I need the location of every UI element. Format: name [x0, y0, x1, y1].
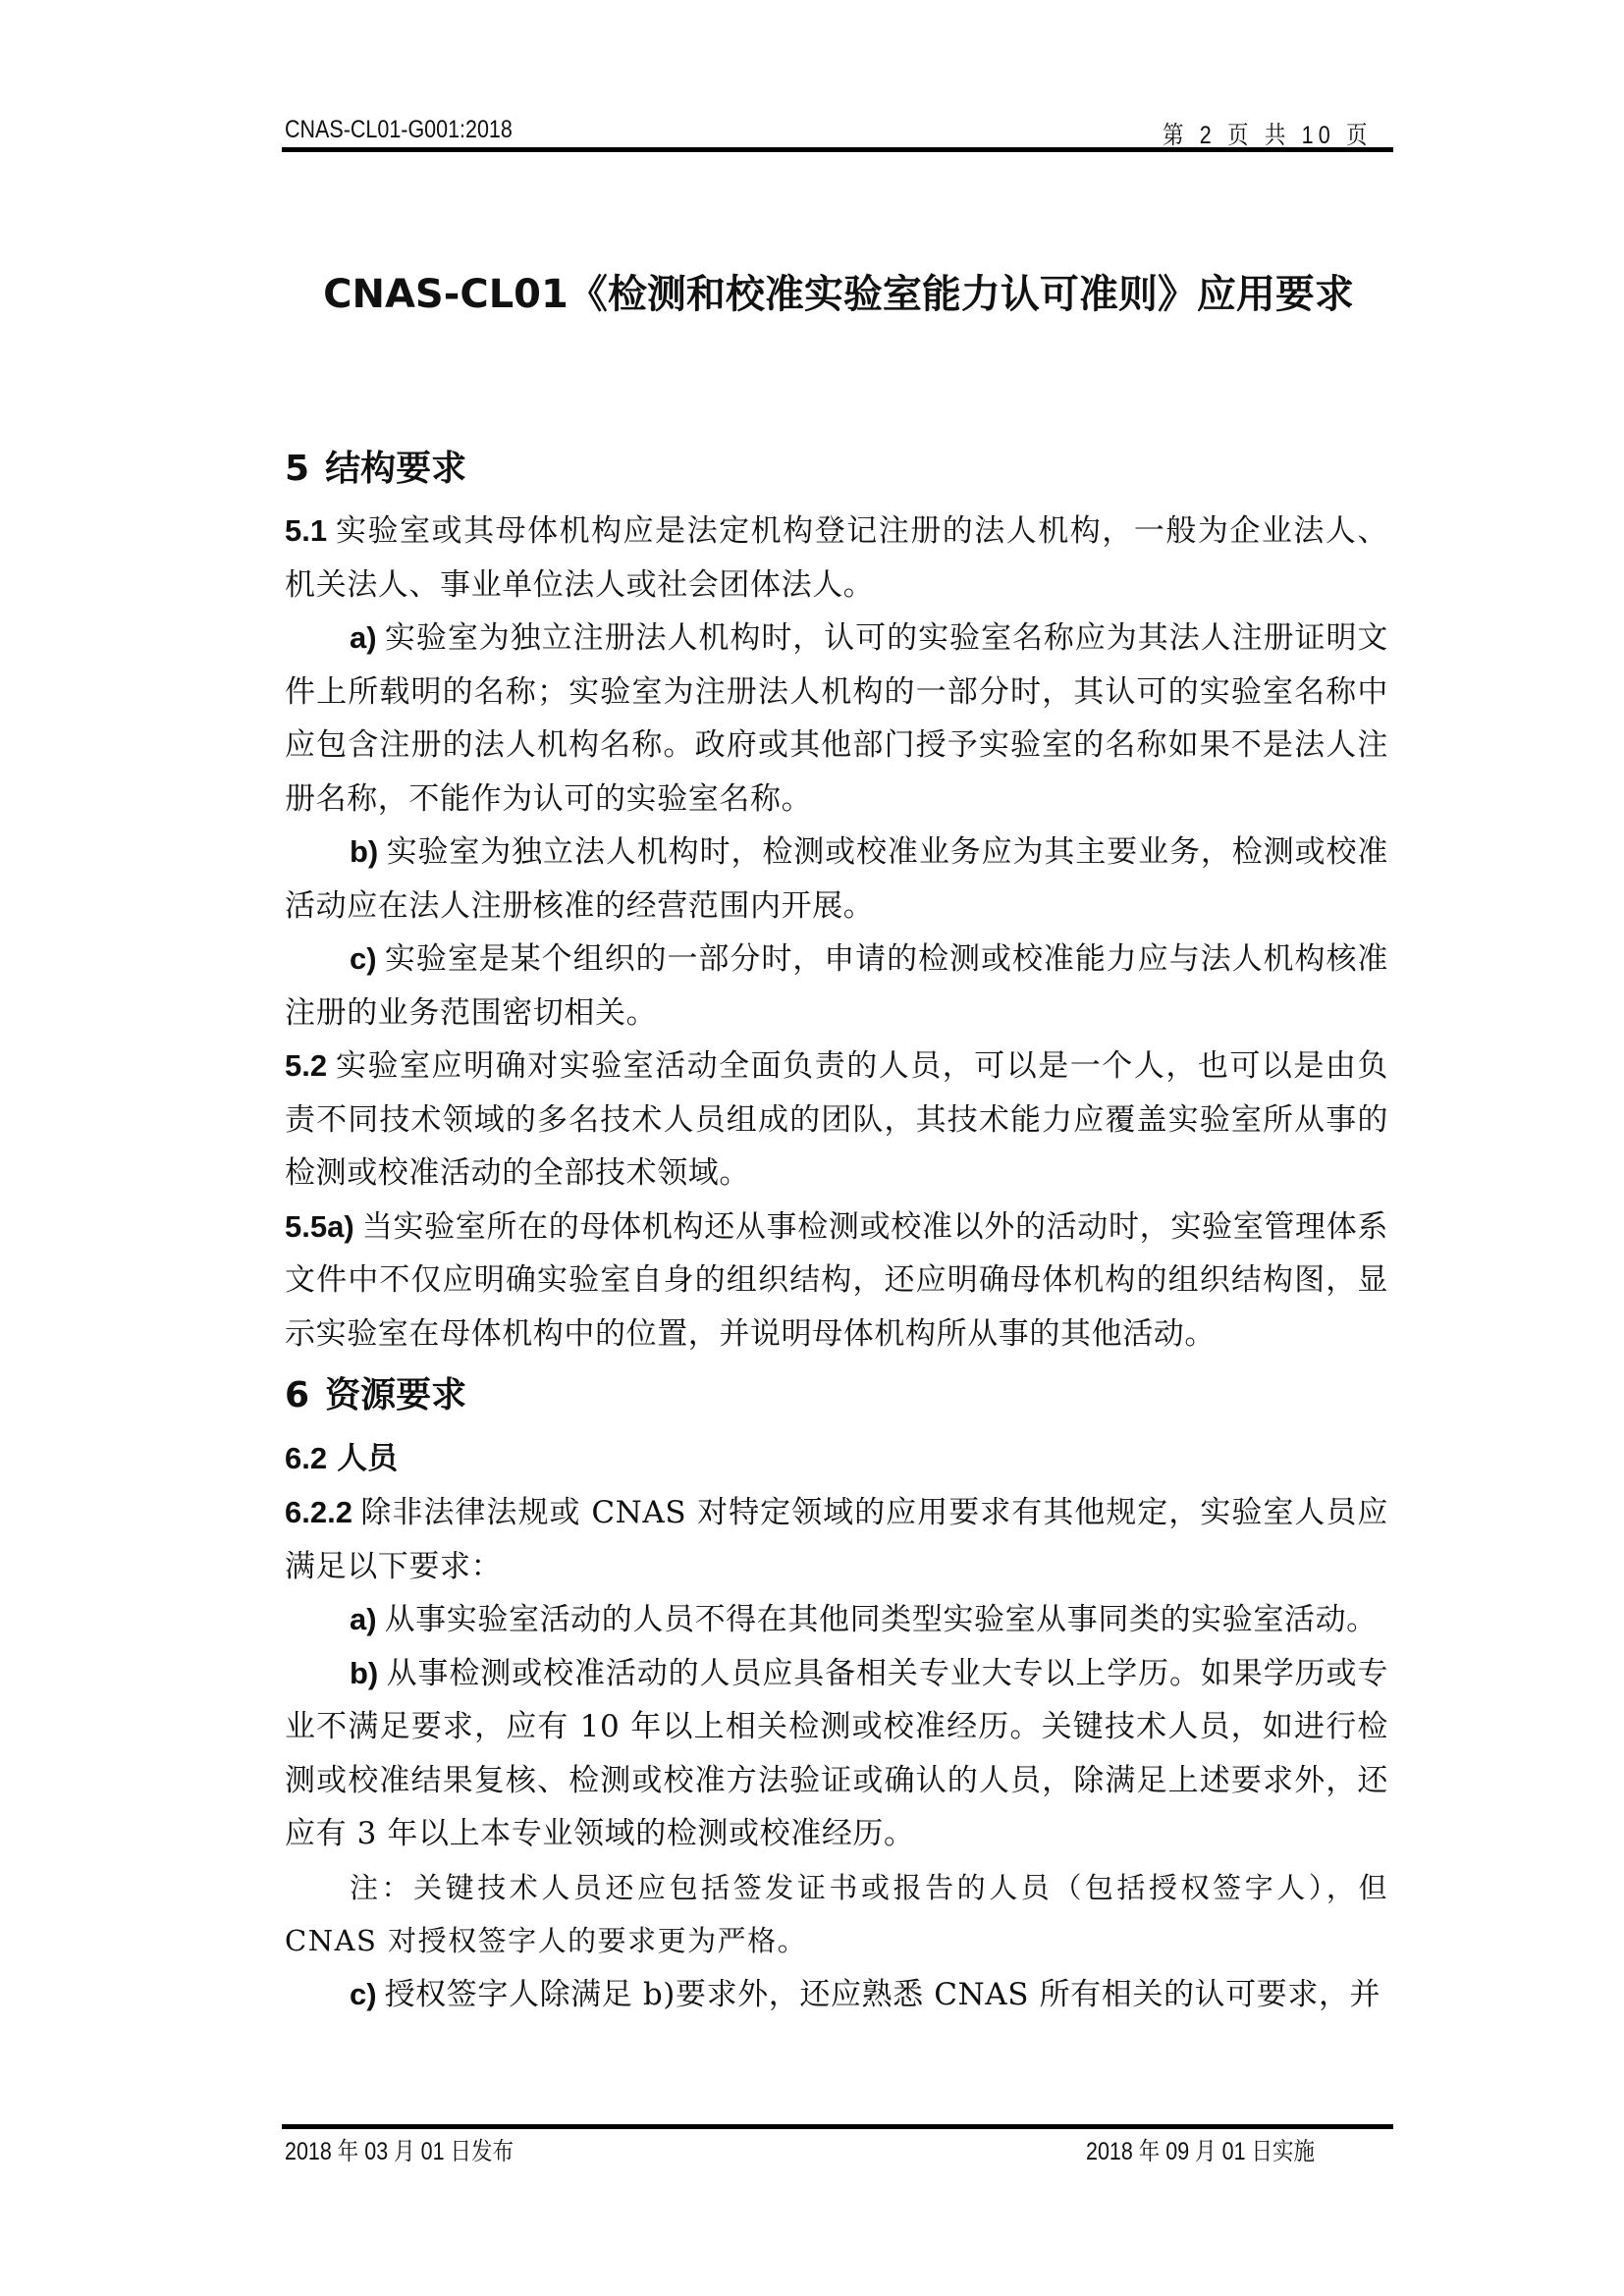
clause-6-2-2-c: c)授权签字人除满足 b)要求外，还应熟悉 CNAS 所有相关的认可要求，并	[285, 1968, 1388, 2022]
section-heading-5: 5结构要求	[285, 442, 1388, 497]
section-title: 资源要求	[325, 1375, 466, 1415]
clause-text: 实验室应明确对实验室活动全面负责的人员，可以是一个人，也可以是由负责不同技术领域…	[285, 1048, 1388, 1191]
footer-issue-date: 2018 年 03 月 01 日发布	[285, 2132, 514, 2167]
subsection-title: 人员	[337, 1441, 398, 1476]
header-page-info: 第 2 页 共 10 页	[1163, 116, 1373, 151]
item-text: 实验室为独立法人机构时，检测或校准业务应为其主要业务，检测或校准活动应在法人注册…	[285, 834, 1388, 924]
item-label: c)	[350, 1977, 377, 2011]
section-heading-6: 6资源要求	[285, 1368, 1388, 1423]
item-label: a)	[350, 1602, 377, 1636]
item-label: a)	[350, 620, 377, 655]
clause-text: 当实验室所在的母体机构还从事检测或校准以外的活动时，实验室管理体系文件中不仅应明…	[285, 1209, 1388, 1352]
item-label: b)	[350, 1656, 378, 1690]
clause-label: 5.2	[285, 1048, 327, 1083]
clause-6-2-2-b: b)从事检测或校准活动的人员应具备相关专业大专以上学历。如果学历或专业不满足要求…	[285, 1647, 1388, 1861]
document-title: CNAS-CL01《检测和校准实验室能力认可准则》应用要求	[285, 263, 1392, 319]
header-doc-code: CNAS-CL01-G001:2018	[285, 116, 513, 144]
subsection-number: 6.2	[285, 1441, 327, 1475]
clause-text: 实验室或其母体机构应是法定机构登记注册的法人机构，一般为企业法人、机关法人、事业…	[285, 513, 1388, 603]
section-number: 5	[285, 449, 309, 489]
document-body: 5结构要求 5.1实验室或其母体机构应是法定机构登记注册的法人机构，一般为企业法…	[285, 442, 1388, 2021]
clause-5-1-b: b)实验室为独立法人机构时，检测或校准业务应为其主要业务，检测或校准活动应在法人…	[285, 826, 1388, 933]
clause-5-2: 5.2实验室应明确对实验室活动全面负责的人员，可以是一个人，也可以是由负责不同技…	[285, 1040, 1388, 1201]
header-rule	[282, 147, 1393, 152]
clause-5-5a: 5.5a)当实验室所在的母体机构还从事检测或校准以外的活动时，实验室管理体系文件…	[285, 1201, 1388, 1362]
clause-label: 5.5a)	[285, 1209, 354, 1244]
footer-effective-date: 2018 年 09 月 01 日实施	[1086, 2132, 1315, 2167]
item-label: c)	[350, 941, 377, 976]
clause-5-1-c: c)实验室是某个组织的一部分时，申请的检测或校准能力应与法人机构核准注册的业务范…	[285, 933, 1388, 1040]
clause-6-2-2-note: 注：关键技术人员还应包括签发证书或报告的人员（包括授权签字人），但 CNAS 对…	[285, 1861, 1388, 1968]
clause-text: 除非法律法规或 CNAS 对特定领域的应用要求有其他规定，实验室人员应满足以下要…	[285, 1495, 1388, 1584]
clause-6-2-2-a: a)从事实验室活动的人员不得在其他同类型实验室从事同类的实验室活动。	[285, 1593, 1388, 1647]
item-label: b)	[350, 834, 378, 869]
clause-5-1: 5.1实验室或其母体机构应是法定机构登记注册的法人机构，一般为企业法人、机关法人…	[285, 505, 1388, 612]
document-page: CNAS-CL01-G001:2018 第 2 页 共 10 页 CNAS-CL…	[0, 0, 1624, 2296]
clause-label: 6.2.2	[285, 1495, 352, 1529]
section-number: 6	[285, 1375, 309, 1415]
footer-rule	[282, 2124, 1393, 2129]
clause-5-1-a: a)实验室为独立注册法人机构时，认可的实验室名称应为其法人注册证明文件上所载明的…	[285, 612, 1388, 826]
item-text: 实验室为独立注册法人机构时，认可的实验室名称应为其法人注册证明文件上所载明的名称…	[285, 620, 1388, 817]
subsection-heading-6-2: 6.2人员	[285, 1431, 1388, 1486]
item-text: 授权签字人除满足 b)要求外，还应熟悉 CNAS 所有相关的认可要求，并	[385, 1977, 1381, 2012]
section-title: 结构要求	[325, 449, 466, 489]
clause-6-2-2: 6.2.2除非法律法规或 CNAS 对特定领域的应用要求有其他规定，实验室人员应…	[285, 1486, 1388, 1593]
item-text: 从事实验室活动的人员不得在其他同类型实验室从事同类的实验室活动。	[385, 1602, 1378, 1637]
item-text: 从事检测或校准活动的人员应具备相关专业大专以上学历。如果学历或专业不满足要求，应…	[285, 1656, 1388, 1852]
clause-label: 5.1	[285, 513, 327, 548]
item-text: 实验室是某个组织的一部分时，申请的检测或校准能力应与法人机构核准注册的业务范围密…	[285, 941, 1388, 1031]
